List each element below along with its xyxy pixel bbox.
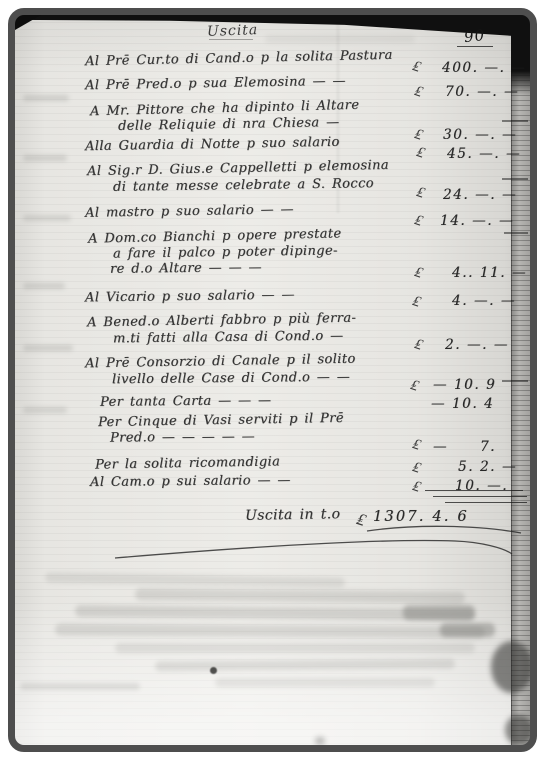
- flourish-line: [15, 15, 530, 745]
- manuscript-page-photo: Uscita 90 Al Prē Cur.to di Cand.o p la s…: [15, 15, 530, 745]
